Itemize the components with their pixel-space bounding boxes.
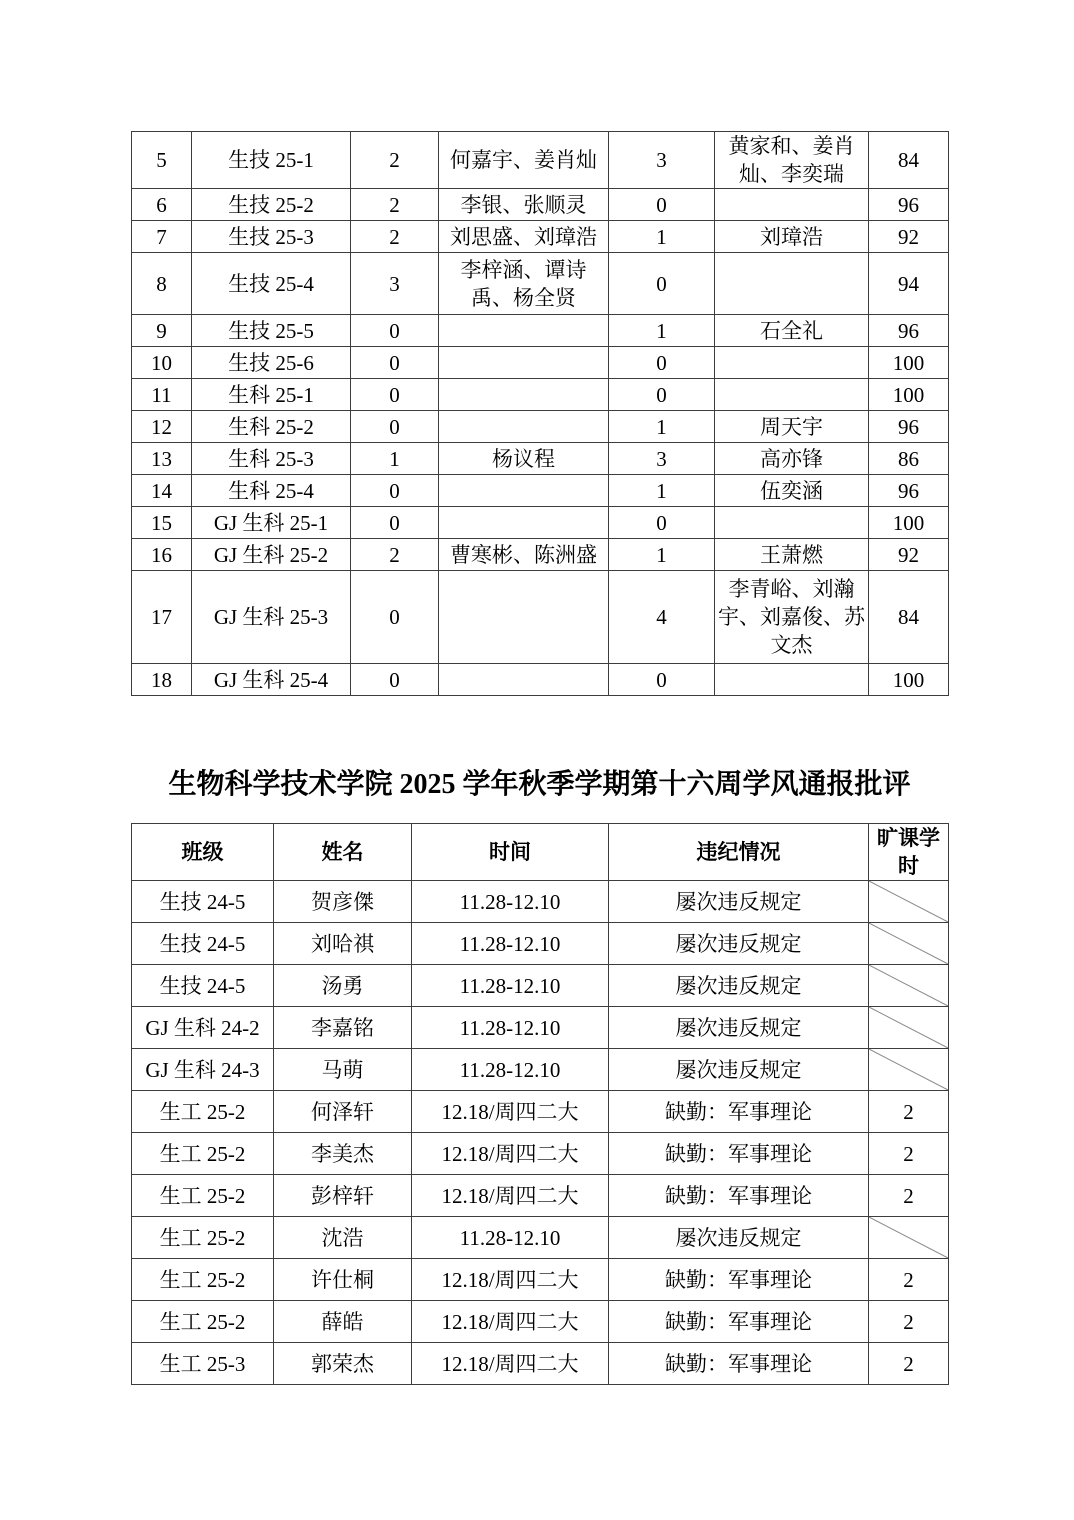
count-a-cell: 0 (351, 379, 439, 411)
violation-cell: 屡次违反规定 (609, 923, 869, 965)
hours-cell: 2 (869, 1175, 949, 1217)
seq-cell: 18 (132, 664, 192, 696)
time-cell: 11.28-12.10 (412, 1217, 609, 1259)
violation-cell: 缺勤：军事理论 (609, 1175, 869, 1217)
count-a-cell: 0 (351, 507, 439, 539)
header-row: 班级 姓名 时间 违纪情况 旷课学时 (132, 824, 949, 881)
count-b-cell: 3 (609, 132, 715, 189)
count-a-cell: 2 (351, 132, 439, 189)
names-a-cell: 杨议程 (439, 443, 609, 475)
hours-cell (869, 965, 949, 1007)
hours-cell (869, 1217, 949, 1259)
count-a-cell: 3 (351, 253, 439, 315)
time-cell: 12.18/周四二大 (412, 1343, 609, 1385)
time-cell: 11.28-12.10 (412, 881, 609, 923)
table-row: 11 生科 25-1 0 0 100 (132, 379, 949, 411)
time-cell: 12.18/周四二大 (412, 1133, 609, 1175)
table-row: 生工 25-2 许仕桐 12.18/周四二大 缺勤：军事理论 2 (132, 1259, 949, 1301)
class-cell: 生工 25-2 (132, 1259, 274, 1301)
table-row: 15 GJ 生科 25-1 0 0 100 (132, 507, 949, 539)
count-a-cell: 2 (351, 189, 439, 221)
class-cell: 生科 25-3 (192, 443, 351, 475)
names-a-cell (439, 475, 609, 507)
violation-cell: 缺勤：军事理论 (609, 1301, 869, 1343)
hours-cell (869, 881, 949, 923)
name-cell: 郭荣杰 (274, 1343, 412, 1385)
seq-cell: 11 (132, 379, 192, 411)
table-row: 13 生科 25-3 1 杨议程 3 高亦锋 86 (132, 443, 949, 475)
na-slash-icon (869, 1049, 948, 1090)
count-b-cell: 4 (609, 571, 715, 664)
count-b-cell: 1 (609, 411, 715, 443)
names-b-cell (715, 189, 869, 221)
score-cell: 86 (869, 443, 949, 475)
names-b-cell: 黄家和、姜肖灿、李奕瑞 (715, 132, 869, 189)
table-row: 7 生技 25-3 2 刘思盛、刘璋浩 1 刘璋浩 92 (132, 221, 949, 253)
score-cell: 84 (869, 571, 949, 664)
discipline-report-title: 生物科学技术学院 2025 学年秋季学期第十六周学风通报批评 (131, 769, 948, 801)
count-a-cell: 1 (351, 443, 439, 475)
seq-cell: 10 (132, 347, 192, 379)
names-a-cell: 李梓涵、谭诗禹、杨全贤 (439, 253, 609, 315)
table-row: 12 生科 25-2 0 1 周天宇 96 (132, 411, 949, 443)
class-cell: 生工 25-2 (132, 1301, 274, 1343)
score-cell: 92 (869, 539, 949, 571)
class-cell: GJ 生科 24-3 (132, 1049, 274, 1091)
count-b-cell: 1 (609, 315, 715, 347)
name-cell: 许仕桐 (274, 1259, 412, 1301)
names-a-cell (439, 664, 609, 696)
table-row: 生工 25-3 郭荣杰 12.18/周四二大 缺勤：军事理论 2 (132, 1343, 949, 1385)
name-cell: 刘哈祺 (274, 923, 412, 965)
name-cell: 马萌 (274, 1049, 412, 1091)
class-cell: 生技 25-3 (192, 221, 351, 253)
table-row: 16 GJ 生科 25-2 2 曹寒彬、陈洲盛 1 王萧燃 92 (132, 539, 949, 571)
names-b-cell: 高亦锋 (715, 443, 869, 475)
class-cell: GJ 生科 25-4 (192, 664, 351, 696)
column-header-hours: 旷课学时 (869, 824, 949, 881)
count-a-cell: 0 (351, 411, 439, 443)
class-cell: 生技 25-5 (192, 315, 351, 347)
names-b-cell: 周天宇 (715, 411, 869, 443)
names-a-cell (439, 379, 609, 411)
class-cell: 生科 25-2 (192, 411, 351, 443)
class-cell: 生技 25-2 (192, 189, 351, 221)
table-row: 生工 25-2 彭梓轩 12.18/周四二大 缺勤：军事理论 2 (132, 1175, 949, 1217)
count-b-cell: 0 (609, 253, 715, 315)
seq-cell: 14 (132, 475, 192, 507)
count-b-cell: 0 (609, 507, 715, 539)
score-cell: 94 (869, 253, 949, 315)
names-a-cell: 李银、张顺灵 (439, 189, 609, 221)
names-b-cell: 王萧燃 (715, 539, 869, 571)
class-cell: GJ 生科 24-2 (132, 1007, 274, 1049)
column-header-name: 姓名 (274, 824, 412, 881)
table-row: 9 生技 25-5 0 1 石全礼 96 (132, 315, 949, 347)
time-cell: 12.18/周四二大 (412, 1259, 609, 1301)
time-cell: 11.28-12.10 (412, 965, 609, 1007)
name-cell: 沈浩 (274, 1217, 412, 1259)
table-row: GJ 生科 24-3 马萌 11.28-12.10 屡次违反规定 (132, 1049, 949, 1091)
table-row: GJ 生科 24-2 李嘉铭 11.28-12.10 屡次违反规定 (132, 1007, 949, 1049)
table-row: 17 GJ 生科 25-3 0 4 李青峪、刘瀚宇、刘嘉俊、苏文杰 84 (132, 571, 949, 664)
table-row: 6 生技 25-2 2 李银、张顺灵 0 96 (132, 189, 949, 221)
table-row: 生技 24-5 贺彦傑 11.28-12.10 屡次违反规定 (132, 881, 949, 923)
seq-cell: 13 (132, 443, 192, 475)
names-a-cell (439, 571, 609, 664)
time-cell: 11.28-12.10 (412, 1007, 609, 1049)
hours-cell (869, 923, 949, 965)
name-cell: 何泽轩 (274, 1091, 412, 1133)
seq-cell: 15 (132, 507, 192, 539)
table-row: 生技 24-5 汤勇 11.28-12.10 屡次违反规定 (132, 965, 949, 1007)
violation-cell: 缺勤：军事理论 (609, 1343, 869, 1385)
seq-cell: 8 (132, 253, 192, 315)
class-cell: GJ 生科 25-1 (192, 507, 351, 539)
names-b-cell: 刘璋浩 (715, 221, 869, 253)
table-row: 5 生技 25-1 2 何嘉宇、姜肖灿 3 黄家和、姜肖灿、李奕瑞 84 (132, 132, 949, 189)
class-cell: 生技 24-5 (132, 923, 274, 965)
names-a-cell: 何嘉宇、姜肖灿 (439, 132, 609, 189)
score-cell: 100 (869, 347, 949, 379)
table-row: 生工 25-2 何泽轩 12.18/周四二大 缺勤：军事理论 2 (132, 1091, 949, 1133)
table-row: 生工 25-2 沈浩 11.28-12.10 屡次违反规定 (132, 1217, 949, 1259)
violation-cell: 屡次违反规定 (609, 965, 869, 1007)
count-a-cell: 2 (351, 221, 439, 253)
column-header-class: 班级 (132, 824, 274, 881)
count-b-cell: 1 (609, 539, 715, 571)
name-cell: 李美杰 (274, 1133, 412, 1175)
time-cell: 12.18/周四二大 (412, 1301, 609, 1343)
name-cell: 贺彦傑 (274, 881, 412, 923)
score-cell: 100 (869, 507, 949, 539)
score-cell: 92 (869, 221, 949, 253)
na-slash-icon (869, 881, 948, 922)
count-a-cell: 0 (351, 315, 439, 347)
violation-cell: 缺勤：军事理论 (609, 1133, 869, 1175)
score-cell: 100 (869, 379, 949, 411)
name-cell: 薛皓 (274, 1301, 412, 1343)
hours-cell (869, 1049, 949, 1091)
score-cell: 96 (869, 315, 949, 347)
seq-cell: 9 (132, 315, 192, 347)
count-a-cell: 0 (351, 347, 439, 379)
violation-cell: 屡次违反规定 (609, 1049, 869, 1091)
violation-cell: 缺勤：军事理论 (609, 1259, 869, 1301)
count-b-cell: 1 (609, 221, 715, 253)
name-cell: 彭梓轩 (274, 1175, 412, 1217)
table-row: 18 GJ 生科 25-4 0 0 100 (132, 664, 949, 696)
column-header-time: 时间 (412, 824, 609, 881)
class-cell: 生科 25-4 (192, 475, 351, 507)
count-b-cell: 0 (609, 347, 715, 379)
class-cell: 生工 25-2 (132, 1217, 274, 1259)
seq-cell: 12 (132, 411, 192, 443)
hours-cell (869, 1007, 949, 1049)
names-a-cell (439, 315, 609, 347)
violation-cell: 屡次违反规定 (609, 881, 869, 923)
count-a-cell: 0 (351, 664, 439, 696)
names-b-cell: 伍奕涵 (715, 475, 869, 507)
violation-cell: 屡次违反规定 (609, 1007, 869, 1049)
names-b-cell (715, 379, 869, 411)
table-row: 10 生技 25-6 0 0 100 (132, 347, 949, 379)
names-a-cell (439, 411, 609, 443)
names-b-cell (715, 253, 869, 315)
table-row: 生技 24-5 刘哈祺 11.28-12.10 屡次违反规定 (132, 923, 949, 965)
score-cell: 100 (869, 664, 949, 696)
seq-cell: 6 (132, 189, 192, 221)
table-row: 14 生科 25-4 0 1 伍奕涵 96 (132, 475, 949, 507)
seq-cell: 17 (132, 571, 192, 664)
class-cell: 生工 25-2 (132, 1175, 274, 1217)
time-cell: 11.28-12.10 (412, 923, 609, 965)
hours-cell: 2 (869, 1301, 949, 1343)
document-page: 5 生技 25-1 2 何嘉宇、姜肖灿 3 黄家和、姜肖灿、李奕瑞 84 6 生… (0, 0, 1074, 1520)
class-cell: GJ 生科 25-3 (192, 571, 351, 664)
score-cell: 96 (869, 189, 949, 221)
seq-cell: 16 (132, 539, 192, 571)
time-cell: 12.18/周四二大 (412, 1091, 609, 1133)
names-a-cell: 曹寒彬、陈洲盛 (439, 539, 609, 571)
na-slash-icon (869, 1217, 948, 1258)
class-cell: GJ 生科 25-2 (192, 539, 351, 571)
name-cell: 李嘉铭 (274, 1007, 412, 1049)
class-cell: 生工 25-2 (132, 1091, 274, 1133)
na-slash-icon (869, 923, 948, 964)
hours-cell: 2 (869, 1259, 949, 1301)
table-row: 生工 25-2 薛皓 12.18/周四二大 缺勤：军事理论 2 (132, 1301, 949, 1343)
class-cell: 生工 25-3 (132, 1343, 274, 1385)
class-cell: 生技 25-1 (192, 132, 351, 189)
score-cell: 96 (869, 475, 949, 507)
weekly-score-table: 5 生技 25-1 2 何嘉宇、姜肖灿 3 黄家和、姜肖灿、李奕瑞 84 6 生… (131, 131, 949, 696)
hours-cell: 2 (869, 1133, 949, 1175)
class-cell: 生技 25-4 (192, 253, 351, 315)
count-b-cell: 0 (609, 379, 715, 411)
names-b-cell (715, 664, 869, 696)
class-cell: 生技 24-5 (132, 965, 274, 1007)
names-a-cell: 刘思盛、刘璋浩 (439, 221, 609, 253)
names-b-cell: 石全礼 (715, 315, 869, 347)
names-b-cell (715, 347, 869, 379)
time-cell: 11.28-12.10 (412, 1049, 609, 1091)
names-b-cell: 李青峪、刘瀚宇、刘嘉俊、苏文杰 (715, 571, 869, 664)
na-slash-icon (869, 1007, 948, 1048)
name-cell: 汤勇 (274, 965, 412, 1007)
count-a-cell: 2 (351, 539, 439, 571)
count-b-cell: 0 (609, 664, 715, 696)
column-header-violation: 违纪情况 (609, 824, 869, 881)
table-row: 生工 25-2 李美杰 12.18/周四二大 缺勤：军事理论 2 (132, 1133, 949, 1175)
count-a-cell: 0 (351, 571, 439, 664)
table-row: 8 生技 25-4 3 李梓涵、谭诗禹、杨全贤 0 94 (132, 253, 949, 315)
count-a-cell: 0 (351, 475, 439, 507)
class-cell: 生技 24-5 (132, 881, 274, 923)
discipline-report-table: 班级 姓名 时间 违纪情况 旷课学时 生技 24-5 贺彦傑 11.28-12.… (131, 823, 949, 1385)
count-b-cell: 0 (609, 189, 715, 221)
class-cell: 生工 25-2 (132, 1133, 274, 1175)
count-b-cell: 3 (609, 443, 715, 475)
na-slash-icon (869, 965, 948, 1006)
names-b-cell (715, 507, 869, 539)
violation-cell: 屡次违反规定 (609, 1217, 869, 1259)
names-a-cell (439, 347, 609, 379)
score-cell: 96 (869, 411, 949, 443)
score-cell: 84 (869, 132, 949, 189)
class-cell: 生技 25-6 (192, 347, 351, 379)
class-cell: 生科 25-1 (192, 379, 351, 411)
time-cell: 12.18/周四二大 (412, 1175, 609, 1217)
violation-cell: 缺勤：军事理论 (609, 1091, 869, 1133)
seq-cell: 7 (132, 221, 192, 253)
count-b-cell: 1 (609, 475, 715, 507)
hours-cell: 2 (869, 1091, 949, 1133)
hours-cell: 2 (869, 1343, 949, 1385)
names-a-cell (439, 507, 609, 539)
seq-cell: 5 (132, 132, 192, 189)
